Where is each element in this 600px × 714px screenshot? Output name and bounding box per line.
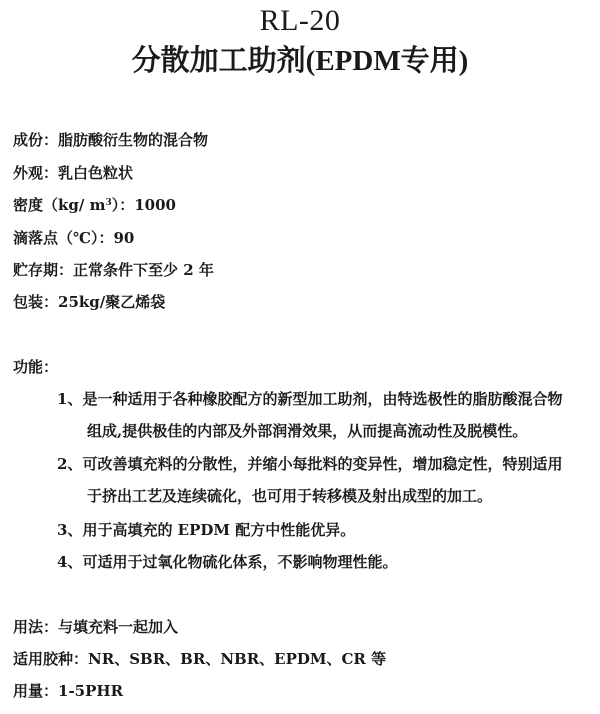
usage-dosage: 用量：1-5PHR <box>13 681 123 701</box>
function-item-3: 3、用于高填充的 EPDM 配方中性能优异。 <box>57 520 355 540</box>
product-model: RL-20 <box>0 4 600 38</box>
function-item-4: 4、可适用于过氧化物硫化体系，不影响物理性能。 <box>57 552 397 572</box>
property-label: 包装： <box>13 293 58 311</box>
property-value: 正常条件下至少 2 年 <box>73 261 214 279</box>
property-label: 成份： <box>13 131 58 149</box>
property-label: 滴落点（℃）： <box>13 229 113 247</box>
function-item-2: 2、可改善填充料的分散性，并缩小每批料的变异性，增加稳定性，特别适用 <box>57 454 562 474</box>
property-label-end: ）： <box>112 196 135 214</box>
usage-value: 与填充料一起加入 <box>58 618 178 636</box>
item-text: 可改善填充料的分散性，并缩小每批料的变异性，增加稳定性，特别适用 <box>82 455 562 473</box>
usage-value: 1-5PHR <box>58 682 123 700</box>
property-appearance: 外观：乳白色粒状 <box>13 163 133 183</box>
property-label: 贮存期： <box>13 261 73 279</box>
superscript: 3 <box>105 198 111 208</box>
usage-applicable-rubbers: 适用胶种：NR、SBR、BR、NBR、EPDM、CR 等 <box>13 649 386 669</box>
item-text: 是一种适用于各种橡胶配方的新型加工助剂，由特选极性的脂肪酸混合物 <box>82 390 562 408</box>
function-item-2-continuation: 于挤出工艺及连续硫化，也可用于转移模及射出成型的加工。 <box>87 486 492 506</box>
property-density: 密度（kg/ m3）：1000 <box>13 195 176 215</box>
property-value: 90 <box>113 229 134 247</box>
property-value: 乳白色粒状 <box>58 164 133 182</box>
item-number: 1、 <box>57 390 82 408</box>
functions-heading: 功能： <box>13 357 58 377</box>
property-value: 25kg/聚乙烯袋 <box>58 293 165 311</box>
function-item-1-continuation: 组成,提供极佳的内部及外部润滑效果，从而提高流动性及脱模性。 <box>87 421 527 441</box>
product-subtitle: 分散加工助剂(EPDM专用) <box>0 43 600 79</box>
property-label: 密度（kg/ m <box>13 196 105 214</box>
usage-label: 用法： <box>13 618 58 636</box>
item-text: 用于高填充的 EPDM 配方中性能优异。 <box>82 521 355 539</box>
usage-method: 用法：与填充料一起加入 <box>13 617 178 637</box>
property-drop-point: 滴落点（℃）：90 <box>13 228 134 248</box>
item-number: 2、 <box>57 455 82 473</box>
usage-value: NR、SBR、BR、NBR、EPDM、CR 等 <box>88 650 386 668</box>
property-value: 脂肪酸衍生物的混合物 <box>58 131 208 149</box>
property-packaging: 包装：25kg/聚乙烯袋 <box>13 292 165 312</box>
item-number: 3、 <box>57 521 82 539</box>
item-text: 可适用于过氧化物硫化体系，不影响物理性能。 <box>82 553 397 571</box>
property-shelf-life: 贮存期：正常条件下至少 2 年 <box>13 260 214 280</box>
property-label: 外观： <box>13 164 58 182</box>
property-value: 1000 <box>134 196 176 214</box>
usage-label: 适用胶种： <box>13 650 88 668</box>
usage-label: 用量： <box>13 682 58 700</box>
item-number: 4、 <box>57 553 82 571</box>
function-item-1: 1、是一种适用于各种橡胶配方的新型加工助剂，由特选极性的脂肪酸混合物 <box>57 389 562 409</box>
property-composition: 成份：脂肪酸衍生物的混合物 <box>13 130 208 150</box>
